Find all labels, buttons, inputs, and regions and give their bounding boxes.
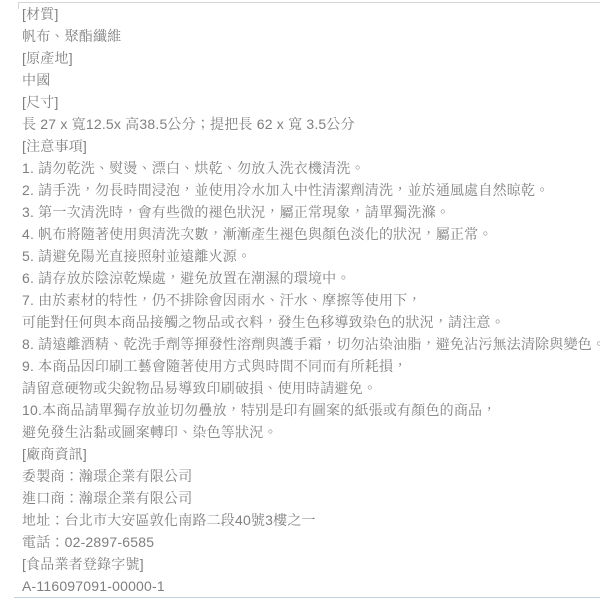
product-info-text: [材質]帆布、聚酯纖維[原產地]中國[尺寸]長 27 x 寬12.5x 高38.… [22,3,594,597]
text-line: 委製商：瀚璟企業有限公司 [22,465,594,487]
text-line: A-116097091-00000-1 [22,575,594,597]
section-label: [廠商資訊] [22,443,594,465]
bottom-divider [14,597,600,598]
text-line: 8. 請遠離酒精、乾洗手劑等揮發性溶劑與護手霜，切勿沾染油脂，避免沾污無法清除與… [22,333,594,355]
section-label: [尺寸] [22,91,594,113]
text-line: 電話：02-2897-6585 [22,531,594,553]
text-line: 3. 第一次清洗時，會有些微的褪色狀況，屬正常現象，請單獨洗滌。 [22,201,594,223]
section-label: [食品業者登錄字號] [22,553,594,575]
section-label: [原產地] [22,47,594,69]
text-line: 6. 請存放於陰涼乾燥處，避免放置在潮濕的環境中。 [22,267,594,289]
text-line: 5. 請避免陽光直接照射並遠離火源。 [22,245,594,267]
section-label: [注意事項] [22,135,594,157]
text-line: 請留意硬物或尖銳物品易導致印刷破損、使用時請避免。 [22,377,594,399]
text-line: 進口商：瀚璟企業有限公司 [22,487,594,509]
section-label: [材質] [22,3,594,25]
text-line: 長 27 x 寬12.5x 高38.5公分；提把長 62 x 寬 3.5公分 [22,113,594,135]
top-divider-corner [18,2,19,9]
text-line: 9. 本商品因印刷工藝會隨著使用方式與時間不同而有所耗損， [22,355,594,377]
text-line: 可能對任何與本商品接觸之物品或衣料，發生色移導致染色的狀況，請注意。 [22,311,594,333]
text-line: 7. 由於素材的特性，仍不排除會因雨水、汗水、摩擦等使用下， [22,289,594,311]
text-line: 中國 [22,69,594,91]
text-line: 2. 請手洗，勿長時間浸泡，並使用冷水加入中性清潔劑清洗，並於通風處自然晾乾。 [22,179,594,201]
text-line: 10.本商品請單獨存放並切勿疊放，特別是印有圖案的紙張或有顏色的商品， [22,399,594,421]
text-line: 帆布、聚酯纖維 [22,25,594,47]
text-line: 地址：台北市大安區敦化南路二段40號3樓之一 [22,509,594,531]
text-line: 1. 請勿乾洗、熨燙、漂白、烘乾、勿放入洗衣機清洗。 [22,157,594,179]
text-line: 4. 帆布將隨著使用與清洗次數，漸漸產生褪色與顏色淡化的狀況，屬正常。 [22,223,594,245]
product-description-page: [材質]帆布、聚酯纖維[原產地]中國[尺寸]長 27 x 寬12.5x 高38.… [0,0,600,600]
text-line: 避免發生沾黏或圖案轉印、染色等狀況。 [22,421,594,443]
